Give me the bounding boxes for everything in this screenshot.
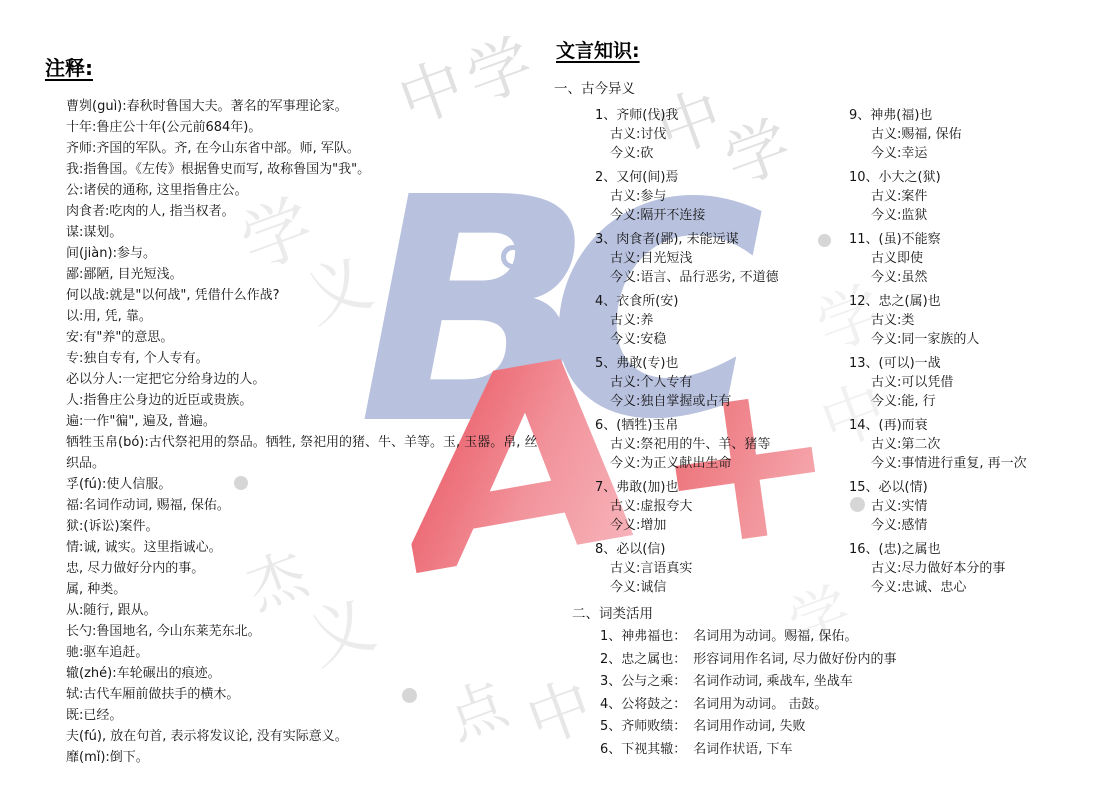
gujin-new-meaning: 今义:同一家族的人	[849, 330, 1119, 349]
cilei-item: 2、忠之属也：形容词用作名词, 尽力做好份内的事	[600, 649, 897, 672]
gujin-old-meaning: 古义:祭祀用的牛、羊、猪等	[595, 435, 865, 454]
gujin-item: 10、小大之(狱)古义:案件今义:监狱	[849, 168, 1119, 225]
gujin-old-meaning: 古义:个人专有	[595, 373, 865, 392]
gujin-new-meaning: 今义:语言、品行恶劣, 不道德	[595, 268, 865, 287]
gujin-old-meaning: 古义:可以凭借	[849, 373, 1119, 392]
note-line: 人:指鲁庄公身边的近臣或贵族。	[66, 390, 525, 411]
gujin-item: 5、弗敢(专)也古义:个人专有今义:独自掌握或占有	[595, 354, 865, 411]
gujin-item-title: 13、(可以)一战	[849, 354, 1119, 373]
gujin-new-meaning: 今义:能, 行	[849, 392, 1119, 411]
note-line: 间(jiàn):参与。	[66, 243, 525, 264]
gujin-old-meaning: 古义:参与	[595, 187, 865, 206]
gujin-item: 4、衣食所(安)古义:养今义:安稳	[595, 292, 865, 349]
cilei-item-title: 5、齐师败绩：	[600, 716, 686, 739]
note-line: 福:名词作动词, 赐福, 保佑。	[66, 495, 525, 516]
gujin-item-title: 4、衣食所(安)	[595, 292, 865, 311]
gujin-item: 11、(虽)不能察古义即使今义:虽然	[849, 230, 1119, 287]
cilei-item-title: 1、神弗福也：	[600, 626, 686, 649]
gujin-item-title: 8、必以(信)	[595, 540, 865, 559]
gujin-old-meaning: 古义即使	[849, 249, 1119, 268]
note-line: 狱:(诉讼)案件。	[66, 516, 525, 537]
gujin-new-meaning: 今义:诚信	[595, 578, 865, 597]
annotations-section: 注释: 曹刿(guì):春秋时鲁国大夫。著名的军事理论家。十年:鲁庄公十年(公元…	[45, 52, 525, 768]
gujin-item: 3、肉食者(鄙), 未能远谋古义:目光短浅今义:语言、品行恶劣, 不道德	[595, 230, 865, 287]
note-line: 十年:鲁庄公十年(公元前684年)。	[66, 117, 525, 138]
gujin-old-meaning: 古义:实情	[849, 497, 1119, 516]
note-line: 鄙:鄙陋, 目光短浅。	[66, 264, 525, 285]
cilei-item-desc: 名词用为动词。赐福, 保佑。	[693, 629, 857, 644]
cilei-item: 5、齐师败绩：名词用作动词, 失败	[600, 716, 897, 739]
gujin-new-meaning: 今义:增加	[595, 516, 865, 535]
note-line: 肉食者:吃肉的人, 指当权者。	[66, 201, 525, 222]
note-line: 谋:谋划。	[66, 222, 525, 243]
note-line: 遍:一作"徧", 遍及, 普遍。	[66, 411, 525, 432]
gujin-item-title: 3、肉食者(鄙), 未能远谋	[595, 230, 865, 249]
gujin-new-meaning: 今义:忠诚、忠心	[849, 578, 1119, 597]
gujin-old-meaning: 古义:类	[849, 311, 1119, 330]
gujin-item-title: 11、(虽)不能察	[849, 230, 1119, 249]
cilei-item-title: 2、忠之属也：	[600, 649, 686, 672]
gujin-item-title: 10、小大之(狱)	[849, 168, 1119, 187]
note-line: 孚(fú):使人信服。	[66, 474, 525, 495]
gujin-old-meaning: 古义:案件	[849, 187, 1119, 206]
cilei-item: 4、公将鼓之：名词用为动词。 击鼓。	[600, 694, 897, 717]
section-title-cilei: 二、词类活用	[572, 602, 653, 622]
note-line: 轼:古代车厢前做扶手的横木。	[66, 684, 525, 705]
gujin-new-meaning: 今义:感情	[849, 516, 1119, 535]
note-line: 辙(zhé):车轮碾出的痕迹。	[66, 663, 525, 684]
gujin-new-meaning: 今义:安稳	[595, 330, 865, 349]
note-line: 属, 种类。	[66, 579, 525, 600]
annotations-heading: 注释:	[45, 52, 525, 81]
knowledge-heading: 文言知识:	[556, 36, 640, 63]
content-layer: 注释: 曹刿(guì):春秋时鲁国大夫。著名的军事理论家。十年:鲁庄公十年(公元…	[0, 0, 1120, 793]
document-page: B C A + 中学中学学义杰义点中学中学 注释: 曹刿(guì):春秋时鲁国大…	[0, 0, 1120, 793]
cilei-item: 6、下视其辙：名词作状语, 下车	[600, 739, 897, 762]
note-line: 何以战:就是"以何战", 凭借什么作战?	[66, 285, 525, 306]
cilei-item-title: 3、公与之乘：	[600, 671, 686, 694]
gujin-item: 8、必以(信)古义:言语真实今义:诚信	[595, 540, 865, 597]
gujin-item-title: 15、必以(情)	[849, 478, 1119, 497]
cilei-item-title: 4、公将鼓之：	[600, 694, 686, 717]
cilei-item-desc: 名词用为动词。 击鼓。	[693, 697, 827, 712]
note-line: 专:独自专有, 个人专有。	[66, 348, 525, 369]
gujin-old-meaning: 古义:讨伐	[595, 125, 865, 144]
note-line: 我:指鲁国。《左传》根据鲁史而写, 故称鲁国为"我"。	[66, 159, 525, 180]
gujin-item-title: 14、(再)而衰	[849, 416, 1119, 435]
note-line: 以:用, 凭, 靠。	[66, 306, 525, 327]
note-line: 齐师:齐国的军队。齐, 在今山东省中部。师, 军队。	[66, 138, 525, 159]
gujin-old-meaning: 古义:第二次	[849, 435, 1119, 454]
gujin-old-meaning: 古义:言语真实	[595, 559, 865, 578]
note-line: 公:诸侯的通称, 这里指鲁庄公。	[66, 180, 525, 201]
cilei-item-desc: 名词用作动词, 失败	[693, 719, 805, 734]
note-line: 靡(mǐ):倒下。	[66, 747, 525, 768]
gujin-column-2: 9、神弗(福)也古义:赐福, 保佑今义:幸运10、小大之(狱)古义:案件今义:监…	[849, 106, 1119, 602]
cilei-list: 1、神弗福也：名词用为动词。赐福, 保佑。2、忠之属也：形容词用作名词, 尽力做…	[600, 626, 897, 761]
note-line: 忠, 尽力做好分内的事。	[66, 558, 525, 579]
gujin-item-title: 5、弗敢(专)也	[595, 354, 865, 373]
gujin-item: 13、(可以)一战古义:可以凭借今义:能, 行	[849, 354, 1119, 411]
gujin-column-1: 1、齐师(伐)我古义:讨伐今义:砍2、又何(间)焉古义:参与今义:隔开不连接3、…	[595, 106, 865, 602]
cilei-item: 1、神弗福也：名词用为动词。赐福, 保佑。	[600, 626, 897, 649]
gujin-item-title: 6、(牺牲)玉帛	[595, 416, 865, 435]
gujin-old-meaning: 古义:目光短浅	[595, 249, 865, 268]
gujin-new-meaning: 今义:独自掌握或占有	[595, 392, 865, 411]
cilei-item-desc: 形容词用作名词, 尽力做好份内的事	[693, 652, 896, 667]
note-line: 驰:驱车追赶。	[66, 642, 525, 663]
note-line: 夫(fú), 放在句首, 表示将发议论, 没有实际意义。	[66, 726, 525, 747]
gujin-old-meaning: 古义:赐福, 保佑	[849, 125, 1119, 144]
note-line: 情:诚, 诚实。这里指诚心。	[66, 537, 525, 558]
note-line: 牺牲玉帛(bó):古代祭祀用的祭品。牺牲, 祭祀用的猪、牛、羊等。玉, 玉器。帛…	[66, 432, 525, 453]
note-line: 必以分人:一定把它分给身边的人。	[66, 369, 525, 390]
gujin-old-meaning: 古义:虚报夸大	[595, 497, 865, 516]
gujin-item-title: 2、又何(间)焉	[595, 168, 865, 187]
gujin-item: 2、又何(间)焉古义:参与今义:隔开不连接	[595, 168, 865, 225]
gujin-old-meaning: 古义:养	[595, 311, 865, 330]
note-line: 从:随行, 跟从。	[66, 600, 525, 621]
gujin-new-meaning: 今义:为正义献出生命	[595, 454, 865, 473]
gujin-item-title: 1、齐师(伐)我	[595, 106, 865, 125]
gujin-new-meaning: 今义:隔开不连接	[595, 206, 865, 225]
cilei-item-desc: 名词作动词, 乘战车, 坐战车	[693, 674, 853, 689]
gujin-item: 14、(再)而衰古义:第二次今义:事情进行重复, 再一次	[849, 416, 1119, 473]
gujin-item-title: 9、神弗(福)也	[849, 106, 1119, 125]
note-line: 织品。	[66, 453, 525, 474]
note-line: 曹刿(guì):春秋时鲁国大夫。著名的军事理论家。	[66, 96, 525, 117]
note-line: 长勺:鲁国地名, 今山东莱芜东北。	[66, 621, 525, 642]
gujin-new-meaning: 今义:事情进行重复, 再一次	[849, 454, 1119, 473]
cilei-item-desc: 名词作状语, 下车	[693, 742, 792, 757]
gujin-item: 12、忠之(属)也古义:类今义:同一家族的人	[849, 292, 1119, 349]
gujin-item-title: 12、忠之(属)也	[849, 292, 1119, 311]
note-line: 既:已经。	[66, 705, 525, 726]
gujin-item-title: 7、弗敢(加)也	[595, 478, 865, 497]
gujin-old-meaning: 古义:尽力做好本分的事	[849, 559, 1119, 578]
gujin-new-meaning: 今义:砍	[595, 144, 865, 163]
gujin-item: 9、神弗(福)也古义:赐福, 保佑今义:幸运	[849, 106, 1119, 163]
gujin-item: 1、齐师(伐)我古义:讨伐今义:砍	[595, 106, 865, 163]
gujin-item: 16、(忠)之属也古义:尽力做好本分的事今义:忠诚、忠心	[849, 540, 1119, 597]
gujin-new-meaning: 今义:监狱	[849, 206, 1119, 225]
gujin-new-meaning: 今义:幸运	[849, 144, 1119, 163]
section-title-gujin: 一、古今异义	[554, 77, 635, 97]
gujin-item: 15、必以(情)古义:实情今义:感情	[849, 478, 1119, 535]
annotations-list: 曹刿(guì):春秋时鲁国大夫。著名的军事理论家。十年:鲁庄公十年(公元前684…	[66, 96, 525, 768]
note-line: 安:有"养"的意思。	[66, 327, 525, 348]
cilei-item: 3、公与之乘：名词作动词, 乘战车, 坐战车	[600, 671, 897, 694]
gujin-item-title: 16、(忠)之属也	[849, 540, 1119, 559]
gujin-item: 7、弗敢(加)也古义:虚报夸大今义:增加	[595, 478, 865, 535]
gujin-item: 6、(牺牲)玉帛古义:祭祀用的牛、羊、猪等今义:为正义献出生命	[595, 416, 865, 473]
gujin-new-meaning: 今义:虽然	[849, 268, 1119, 287]
cilei-item-title: 6、下视其辙：	[600, 739, 686, 762]
